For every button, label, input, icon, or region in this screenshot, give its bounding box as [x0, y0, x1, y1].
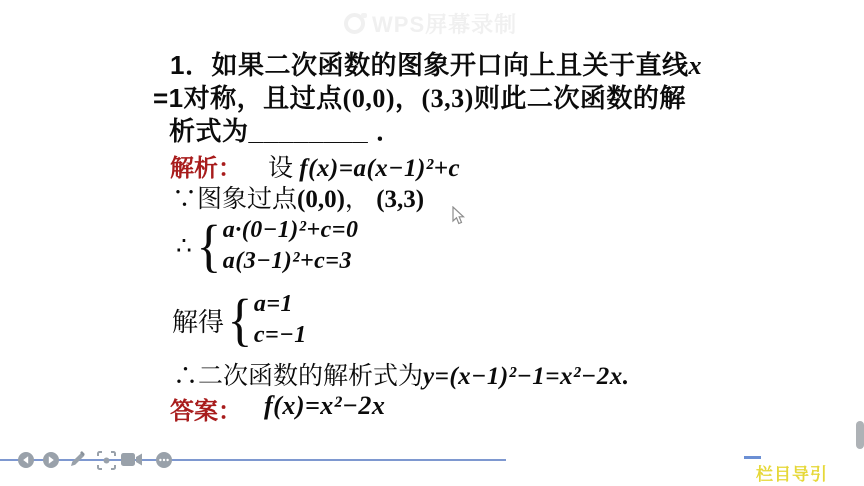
watermark-text: WPS屏幕录制	[372, 8, 517, 39]
equation-column: a·(0−1)²+c=0 a(3−1)²+c=3	[223, 215, 359, 277]
wps-record-icon	[344, 13, 365, 34]
mouse-cursor-icon	[452, 206, 466, 226]
equation-1: a·(0−1)²+c=0	[223, 215, 359, 246]
solution-because: ∵图象过点(0,0)， (3,3)	[172, 179, 424, 215]
problem-line-2: =1对称，且过点(0,0)，(3,3)则此二次函数的解	[153, 78, 686, 115]
equation-system-1: ∴ { a·(0−1)²+c=0 a(3−1)²+c=3	[176, 215, 358, 277]
brace-icon: {	[227, 289, 252, 351]
previous-slide-button[interactable]	[18, 452, 34, 468]
answer-formula: f(x)=x²−2x	[264, 391, 385, 426]
more-options-button[interactable]	[156, 452, 172, 468]
jiede-label: 解得	[172, 302, 224, 339]
equation-column: a=1 c=−1	[254, 289, 307, 351]
scrollbar-thumb[interactable]	[856, 421, 864, 449]
wps-recording-watermark: WPS屏幕录制	[344, 8, 517, 39]
nav-dash-decoration	[744, 456, 761, 459]
problem-line-3: 析式为________ ．	[169, 111, 402, 148]
equation-system-2: 解得 { a=1 c=−1	[172, 289, 307, 351]
brace-icon: {	[196, 215, 221, 277]
next-slide-button[interactable]	[43, 452, 59, 468]
equation-a: a=1	[254, 289, 307, 320]
pen-icon[interactable]	[68, 449, 88, 469]
therefore-symbol: ∴	[176, 231, 192, 261]
camera-icon[interactable]	[121, 452, 143, 467]
problem-line-1: 1．如果二次函数的图象开口向上且关于直线x	[170, 45, 702, 82]
daan-label: 答案：	[170, 391, 242, 426]
answer-row: 答案： f(x)=x²−2x	[170, 391, 385, 426]
section-nav-button[interactable]: 栏目导引	[756, 460, 828, 485]
equation-2: a(3−1)²+c=3	[223, 246, 359, 277]
laser-pointer-icon[interactable]	[97, 451, 116, 470]
equation-c: c=−1	[254, 320, 307, 351]
solution-conclusion: ∴二次函数的解析式为y=(x−1)²−1=x²−2x.	[173, 356, 629, 392]
